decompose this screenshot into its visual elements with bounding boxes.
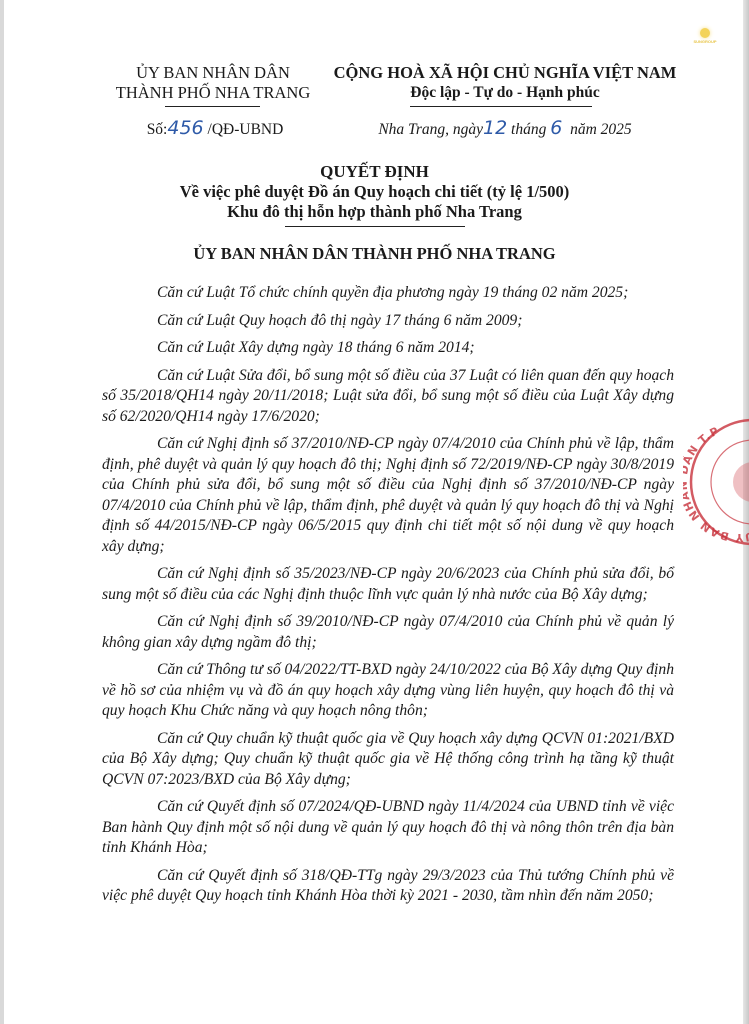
date-month-handwritten: 6 (550, 117, 562, 139)
watermark-label: SUNGROUP (693, 39, 716, 44)
document-date: Nha Trang, ngày12 tháng 6 năm 2025 (320, 117, 690, 139)
paragraph: Căn cứ Luật Quy hoạch đô thị ngày 17 thá… (102, 311, 674, 332)
nation-line-2: Độc lập - Tự do - Hạnh phúc (320, 83, 690, 103)
nation-line-1: CỘNG HOÀ XÃ HỘI CHỦ NGHĨA VIỆT NAM (320, 63, 690, 83)
title-line-2: Về việc phê duyệt Đồ án Quy hoạch chi ti… (0, 182, 749, 202)
title-line-1: QUYẾT ĐỊNH (0, 162, 749, 182)
decision-title: QUYẾT ĐỊNH Về việc phê duyệt Đồ án Quy h… (0, 162, 749, 227)
paragraph: Căn cứ Nghị định số 35/2023/NĐ-CP ngày 2… (102, 564, 674, 605)
document-number: Số:456 /QĐ-UBND (120, 117, 310, 139)
sun-icon (700, 28, 710, 38)
title-underline (285, 226, 465, 227)
org-line-2: THÀNH PHỐ NHA TRANG (112, 83, 314, 103)
doc-number-prefix: Số: (147, 121, 168, 138)
paragraph: Căn cứ Luật Sửa đổi, bổ sung một số điều… (102, 366, 674, 428)
paragraph: Căn cứ Nghị định số 37/2010/NĐ-CP ngày 0… (102, 434, 674, 557)
doc-number-handwritten: 456 (167, 117, 203, 139)
watermark-logo: SUNGROUP (690, 28, 720, 44)
paragraph: Căn cứ Quyết định số 07/2024/QĐ-UBND ngà… (102, 797, 674, 859)
paragraph: Căn cứ Nghị định số 39/2010/NĐ-CP ngày 0… (102, 612, 674, 653)
paragraph: Căn cứ Luật Tổ chức chính quyền địa phươ… (102, 283, 674, 304)
date-day-handwritten: 12 (483, 117, 507, 139)
org-underline (165, 106, 260, 107)
issuing-organization: ỦY BAN NHÂN DÂN THÀNH PHỐ NHA TRANG (112, 63, 314, 103)
paragraph: Căn cứ Quy chuẩn kỹ thuật quốc gia về Qu… (102, 729, 674, 791)
page-edge-left (0, 0, 4, 1024)
paragraph: Căn cứ Luật Xây dựng ngày 18 tháng 6 năm… (102, 338, 674, 359)
nation-underline (410, 106, 592, 107)
org-line-1: ỦY BAN NHÂN DÂN (112, 63, 314, 83)
date-place: Nha Trang, ngày (378, 121, 483, 138)
document-body: Căn cứ Luật Tổ chức chính quyền địa phươ… (102, 283, 674, 914)
paragraph: Căn cứ Quyết định số 318/QĐ-TTg ngày 29/… (102, 866, 674, 907)
date-year: năm 2025 (570, 121, 632, 138)
national-heading: CỘNG HOÀ XÃ HỘI CHỦ NGHĨA VIỆT NAM Độc l… (320, 63, 690, 103)
paragraph: Căn cứ Thông tư số 04/2022/TT-BXD ngày 2… (102, 660, 674, 722)
date-month-label: tháng (511, 121, 546, 138)
title-line-3: Khu đô thị hỗn hợp thành phố Nha Trang (0, 202, 749, 222)
issuing-authority: ỦY BAN NHÂN DÂN THÀNH PHỐ NHA TRANG (0, 244, 749, 264)
doc-number-suffix: /QĐ-UBND (208, 121, 284, 138)
red-seal-stamp: ỦY BAN NHÂN DÂN T.P (683, 412, 749, 552)
